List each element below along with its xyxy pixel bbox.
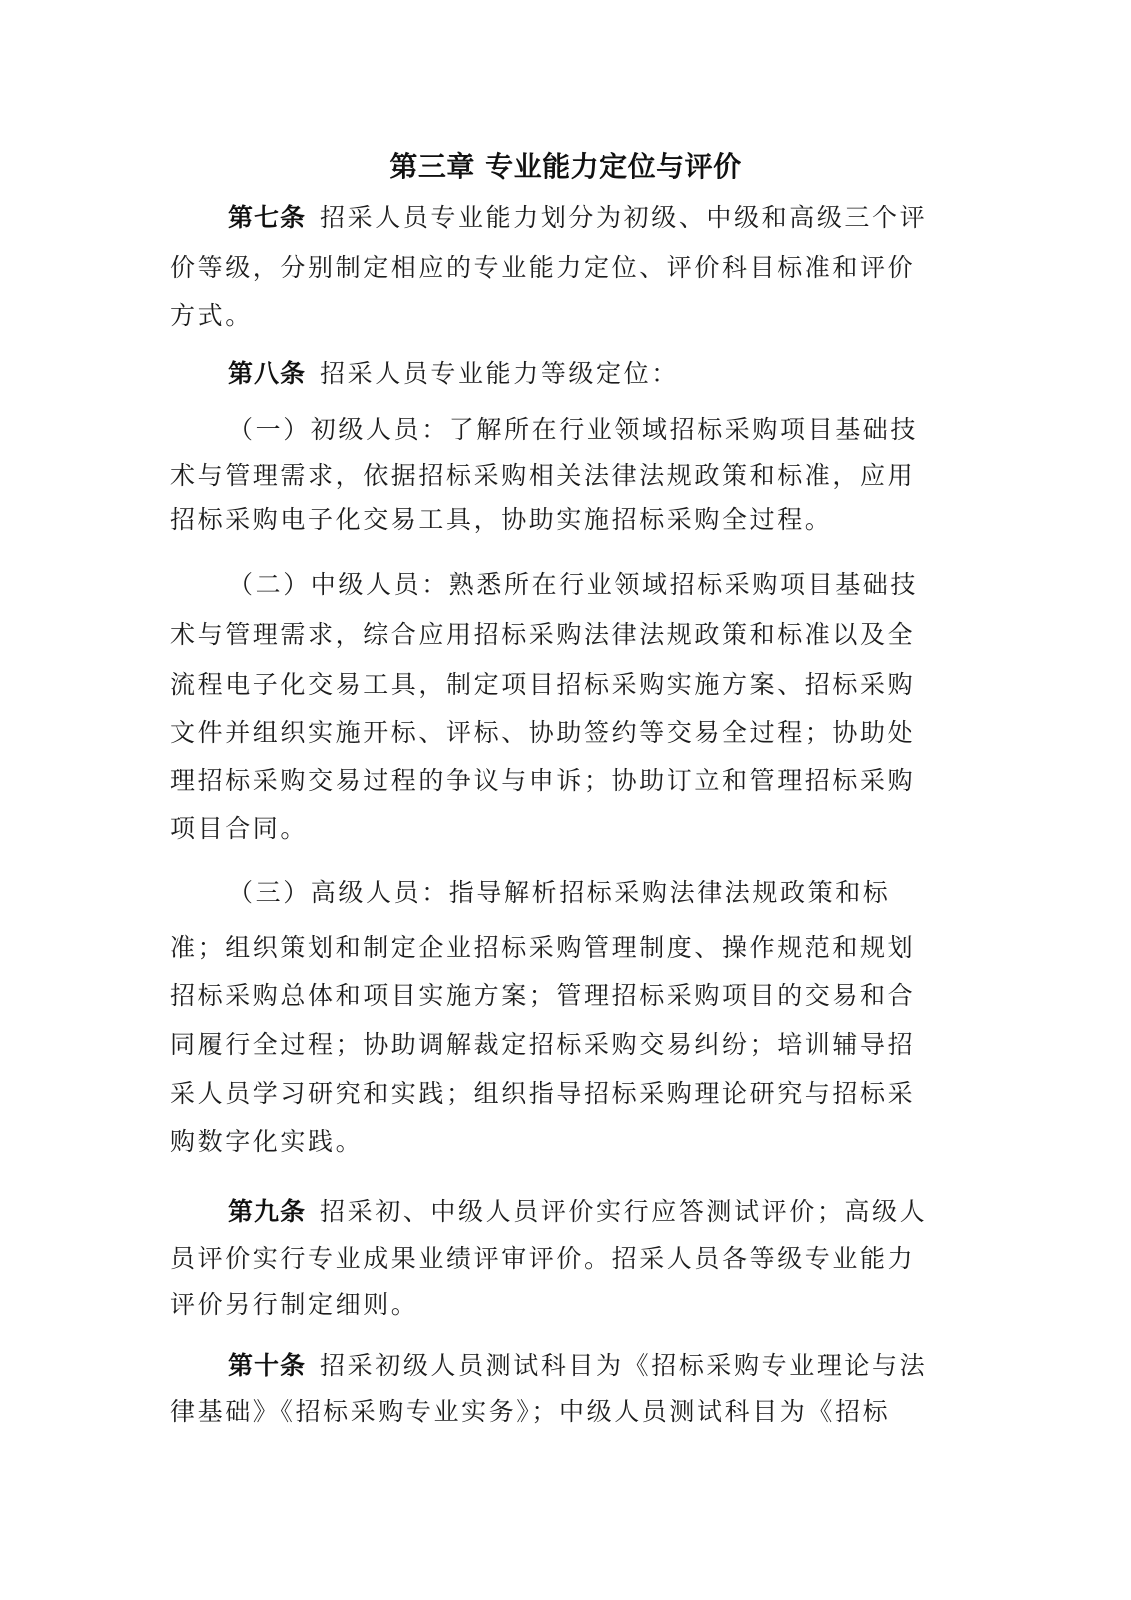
chapter-title: 第三章 专业能力定位与评价 <box>0 148 1131 186</box>
text-span: 招采初级人员测试科目为《招标采购专业理论与法 <box>320 1351 927 1380</box>
paragraph-line: 同履行全过程；协助调解裁定招标采购交易纠纷；培训辅导招 <box>170 1028 915 1062</box>
paragraph-line: 律基础》《招标采购专业实务》；中级人员测试科目为《招标 <box>170 1395 890 1429</box>
paragraph-line: 项目合同。 <box>170 812 308 846</box>
paragraph-line: 第十条招采初级人员测试科目为《招标采购专业理论与法 <box>228 1349 927 1383</box>
paragraph-line: 招标采购总体和项目实施方案；管理招标采购项目的交易和合 <box>170 979 915 1013</box>
paragraph-line: （二）中级人员：熟悉所在行业领域招标采购项目基础技 <box>228 568 918 602</box>
paragraph-line: 员评价实行专业成果业绩评审评价。招采人员各等级专业能力 <box>170 1242 915 1276</box>
text-span: 招采人员专业能力划分为初级、中级和高级三个评 <box>320 203 927 232</box>
paragraph-line: 价等级，分别制定相应的专业能力定位、评价科目标准和评价 <box>170 251 915 285</box>
paragraph-line: 术与管理需求，依据招标采购相关法律法规政策和标准，应用 <box>170 459 915 493</box>
article-label: 第九条 <box>228 1197 306 1226</box>
paragraph-line: 招标采购电子化交易工具，协助实施招标采购全过程。 <box>170 503 832 537</box>
paragraph-line: 术与管理需求，综合应用招标采购法律法规政策和标准以及全 <box>170 618 915 652</box>
paragraph-line: （一）初级人员：了解所在行业领域招标采购项目基础技 <box>228 413 918 447</box>
article-label: 第七条 <box>228 203 306 232</box>
paragraph-line: 评价另行制定细则。 <box>170 1288 418 1322</box>
paragraph-line: 第七条招采人员专业能力划分为初级、中级和高级三个评 <box>228 201 927 235</box>
text-span: 招采人员专业能力等级定位： <box>320 359 679 388</box>
paragraph-line: 第九条招采初、中级人员评价实行应答测试评价；高级人 <box>228 1195 927 1229</box>
paragraph-line: 文件并组织实施开标、评标、协助签约等交易全过程；协助处 <box>170 716 915 750</box>
paragraph-line: 理招标采购交易过程的争议与申诉；协助订立和管理招标采购 <box>170 764 915 798</box>
paragraph-line: 第八条招采人员专业能力等级定位： <box>228 357 679 391</box>
paragraph-line: 方式。 <box>170 299 253 333</box>
article-label: 第十条 <box>228 1351 306 1380</box>
document-page: 第三章 专业能力定位与评价 第七条招采人员专业能力划分为初级、中级和高级三个评 … <box>0 0 1131 1600</box>
text-span: 招采初、中级人员评价实行应答测试评价；高级人 <box>320 1197 927 1226</box>
paragraph-line: 采人员学习研究和实践；组织指导招标采购理论研究与招标采 <box>170 1077 915 1111</box>
article-label: 第八条 <box>228 359 306 388</box>
paragraph-line: 流程电子化交易工具，制定项目招标采购实施方案、招标采购 <box>170 668 915 702</box>
paragraph-line: 购数字化实践。 <box>170 1125 363 1159</box>
paragraph-line: （三）高级人员：指导解析招标采购法律法规政策和标 <box>228 876 890 910</box>
paragraph-line: 准；组织策划和制定企业招标采购管理制度、操作规范和规划 <box>170 931 915 965</box>
